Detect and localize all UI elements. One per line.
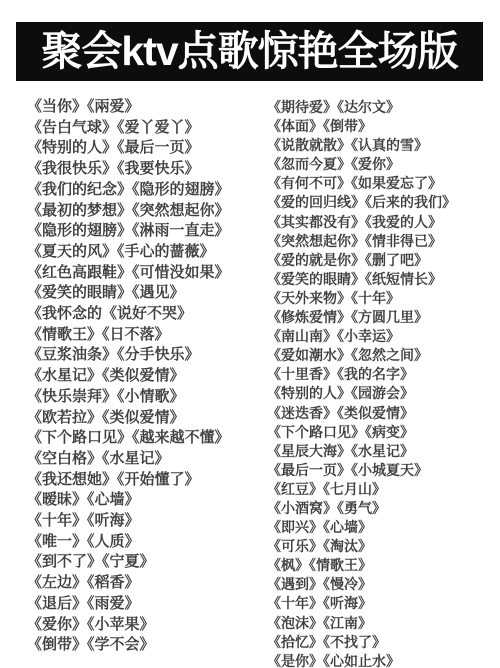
song-line: 《有何不可》《如果爱忘了》 — [267, 174, 456, 193]
song-line: 《当你》《兩爱》 — [27, 97, 230, 118]
song-line: 《豆浆油条》《分手快乐》 — [27, 345, 230, 366]
song-line: 《期待爱》《达尔文》 — [267, 98, 456, 117]
song-line: 《最后一页》《小城夏天》 — [267, 461, 456, 480]
song-line: 《隐形的翅膀》《淋雨一直走》 — [27, 221, 230, 242]
song-line: 《红豆》《七月山》 — [267, 480, 456, 499]
song-line: 《迷迭香》《类似爱情》 — [267, 404, 456, 423]
song-line: 《即兴》《心墙》 — [267, 518, 456, 537]
song-line: 《爱笑的眼睛》《纸短情长》 — [267, 270, 456, 289]
song-line: 《泡沫》《江南》 — [267, 614, 456, 633]
song-line: 《十年》《听海》 — [27, 511, 230, 532]
song-column-right: 《期待爱》《达尔文》《体面》《倒带》《说散就散》《认真的雪》《忽而今夏》《爱你》… — [267, 98, 456, 668]
song-line: 《我怀念的《说好不哭》 — [27, 304, 230, 325]
song-line: 《情歌王》《日不落》 — [27, 325, 230, 346]
song-line: 《退后》《雨爱》 — [27, 594, 230, 615]
song-line: 《最初的梦想》《突然想起你》 — [27, 201, 230, 222]
song-line: 《爱的回归线》《后来的我们》 — [267, 193, 456, 212]
song-line: 《拾忆》《不找了》 — [267, 633, 456, 652]
song-line: 《特别的人》《园游会》 — [267, 384, 456, 403]
song-line: 《爱笑的眼睛》《遇见》 — [27, 283, 230, 304]
song-line: 《突然想起你》《情非得已》 — [267, 232, 456, 251]
song-line: 《体面》《倒带》 — [267, 117, 456, 136]
ktv-song-list-poster: 聚会ktv点歌惊艳全场版 《当你》《兩爱》《告白气球》《爱丫爱丫》《特别的人》《… — [0, 0, 500, 668]
song-line: 《我们的纪念》《隐形的翅膀》 — [27, 180, 230, 201]
song-line: 《水星记》《类似爱情》 — [27, 366, 230, 387]
song-line: 《十里香》《我的名字》 — [267, 365, 456, 384]
song-line: 《空白格》《水星记》 — [27, 449, 230, 470]
song-line: 《说散就散》《认真的雪》 — [267, 136, 456, 155]
song-line: 《我还想她》《开始懂了》 — [27, 470, 230, 491]
song-line: 《夏天的风》《手心的蔷薇》 — [27, 242, 230, 263]
song-line: 《下个路口见》《越来越不懂》 — [27, 428, 230, 449]
song-column-left: 《当你》《兩爱》《告白气球》《爱丫爱丫》《特别的人》《最后一页》《我很快乐》《我… — [27, 97, 230, 656]
song-line: 《可乐》《淘汰》 — [267, 537, 456, 556]
song-line: 《暧昧》《心墙》 — [27, 490, 230, 511]
song-line: 《爱如潮水》《忽然之间》 — [267, 346, 456, 365]
song-line: 《倒带》《学不会》 — [27, 635, 230, 656]
title-banner: 聚会ktv点歌惊艳全场版 — [16, 22, 483, 81]
song-line: 《小酒窝》《勇气》 — [267, 499, 456, 518]
song-line: 《欧若拉》《类似爱情》 — [27, 408, 230, 429]
song-line: 《特别的人》《最后一页》 — [27, 138, 230, 159]
song-line: 《左边》《稻香》 — [27, 573, 230, 594]
song-line: 《下个路口见》《病变》 — [267, 423, 456, 442]
song-line: 《星辰大海》《水星记》 — [267, 442, 456, 461]
song-line: 《天外来物》《十年》 — [267, 289, 456, 308]
page-title: 聚会ktv点歌惊艳全场版 — [41, 31, 457, 72]
song-line: 《爱你》《小苹果》 — [27, 615, 230, 636]
song-line: 《红色高跟鞋》《可惜没如果》 — [27, 263, 230, 284]
song-line: 《告白气球》《爱丫爱丫》 — [27, 118, 230, 139]
song-line: 《修炼爱情》《方圆几里》 — [267, 308, 456, 327]
song-line: 《是你》《心如止水》 — [267, 652, 456, 668]
song-line: 《其实都没有》《我爱的人》 — [267, 213, 456, 232]
song-line: 《爱的就是你》《删了吧》 — [267, 251, 456, 270]
song-line: 《唯一》《人质》 — [27, 532, 230, 553]
song-line: 《到不了》《宁夏》 — [27, 552, 230, 573]
song-line: 《遇到》《慢冷》 — [267, 575, 456, 594]
song-line: 《快乐崇拜》《小情歌》 — [27, 387, 230, 408]
song-line: 《南山南》《小幸运》 — [267, 327, 456, 346]
song-line: 《我很快乐》《我要快乐》 — [27, 159, 230, 180]
song-line: 《十年》《听海》 — [267, 594, 456, 613]
song-line: 《忽而今夏》《爱你》 — [267, 155, 456, 174]
song-line: 《枫》《情歌王》 — [267, 556, 456, 575]
